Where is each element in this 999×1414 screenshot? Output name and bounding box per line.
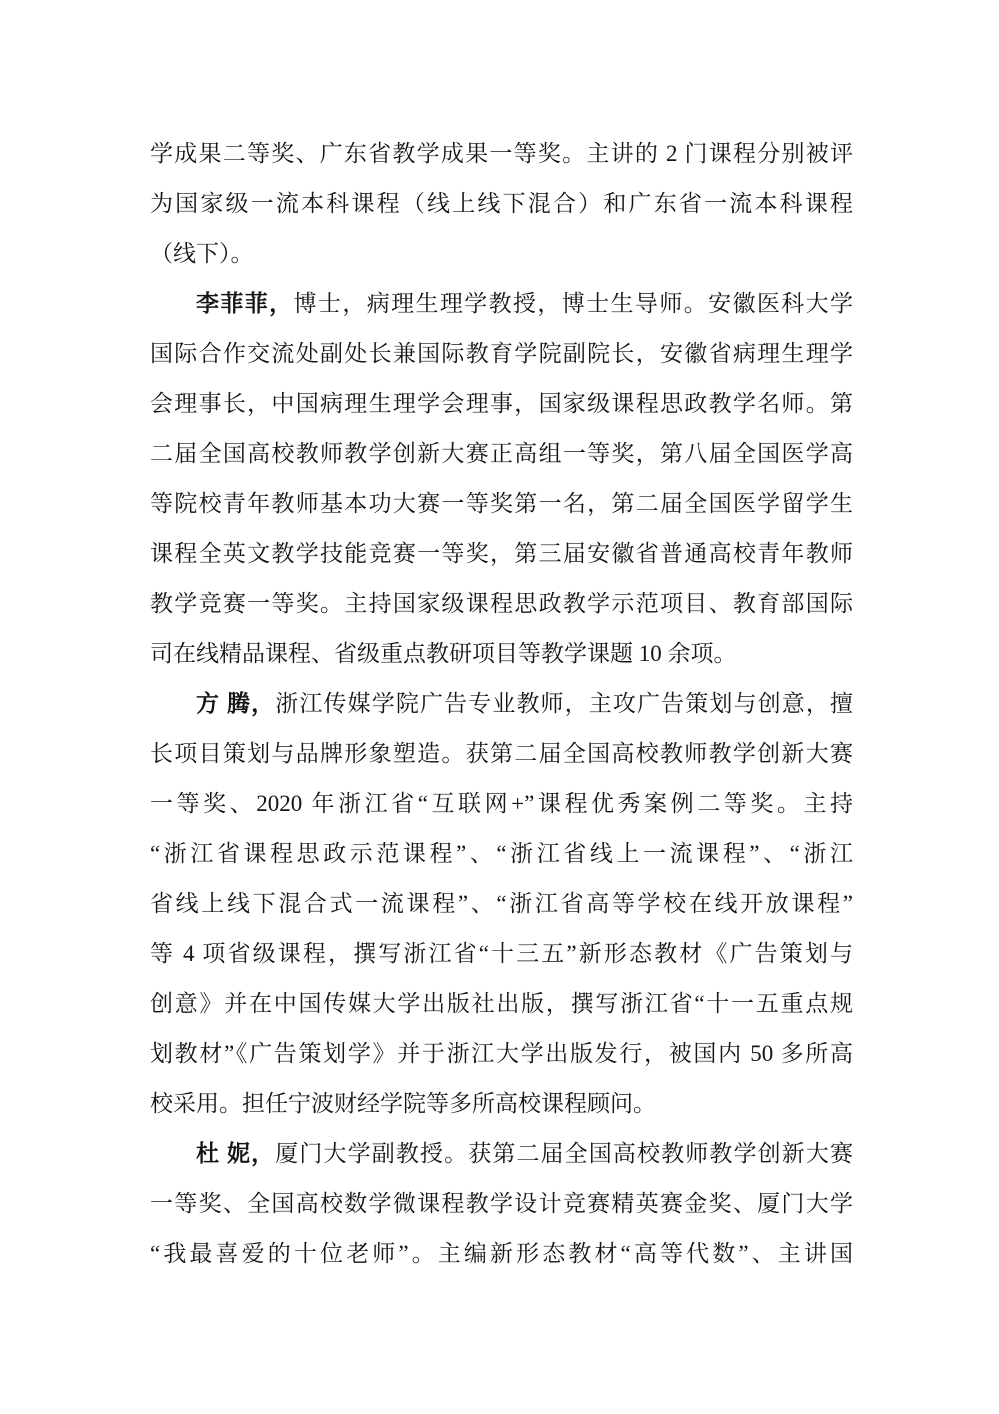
text-line: 为国家级一流本科课程（线上线下混合）和广东省一流本科课程 <box>150 179 853 229</box>
text-run: 厦门大学副教授。获第二届全国高校教师教学创新大赛 <box>275 1141 853 1166</box>
text-run: “我最喜爱的十位老师”。主编新形态教材“高等代数”、主讲国 <box>150 1241 853 1266</box>
text-line: “我最喜爱的十位老师”。主编新形态教材“高等代数”、主讲国 <box>150 1229 853 1279</box>
text-line: 一等奖、全国高校数学微课程教学设计竞赛精英赛金奖、厦门大学 <box>150 1179 853 1229</box>
text-line: 一等奖、2020 年浙江省“互联网+”课程优秀案例二等奖。主持 <box>150 779 853 829</box>
text-run: （线下）。 <box>150 241 254 266</box>
text-line: 杜 妮，厦门大学副教授。获第二届全国高校教师教学创新大赛 <box>150 1129 853 1179</box>
text-line: 等院校青年教师基本功大赛一等奖第一名，第二届全国医学留学生 <box>150 479 853 529</box>
text-run: 长项目策划与品牌形象塑造。获第二届全国高校教师教学创新大赛 <box>150 741 853 766</box>
text-line: 划教材”《广告策划学》并于浙江大学出版发行，被国内 50 多所高 <box>150 1029 853 1079</box>
person-name: 李菲菲， <box>196 291 294 316</box>
text-line: （线下）。 <box>150 229 853 279</box>
text-line: 会理事长，中国病理生理学会理事，国家级课程思政教学名师。第 <box>150 379 853 429</box>
text-line: 省线上线下混合式一流课程”、“浙江省高等学校在线开放课程” <box>150 879 853 929</box>
paragraph: 李菲菲，博士，病理生理学教授，博士生导师。安徽医科大学国际合作交流处副处长兼国际… <box>150 279 853 679</box>
text-line: 创意》并在中国传媒大学出版社出版，撰写浙江省“十一五重点规 <box>150 979 853 1029</box>
text-line: 课程全英文教学技能竞赛一等奖，第三届安徽省普通高校青年教师 <box>150 529 853 579</box>
text-run: 为国家级一流本科课程（线上线下混合）和广东省一流本科课程 <box>150 191 853 216</box>
text-line: 学成果二等奖、广东省教学成果一等奖。主讲的 2 门课程分别被评 <box>150 129 853 179</box>
text-run: 一等奖、2020 年浙江省“互联网+”课程优秀案例二等奖。主持 <box>150 791 853 816</box>
text-run: 划教材”《广告策划学》并于浙江大学出版发行，被国内 50 多所高 <box>150 1041 853 1066</box>
text-run: 二届全国高校教师教学创新大赛正高组一等奖，第八届全国医学高 <box>150 441 853 466</box>
text-run: 校采用。担任宁波财经学院等多所高校课程顾问。 <box>150 1091 656 1116</box>
text-run: 等院校青年教师基本功大赛一等奖第一名，第二届全国医学留学生 <box>150 491 853 516</box>
text-run: 国际合作交流处副处长兼国际教育学院副院长，安徽省病理生理学 <box>150 341 853 366</box>
text-run: 司在线精品课程、省级重点教研项目等教学课题 10 余项。 <box>150 641 737 666</box>
text-run: 一等奖、全国高校数学微课程教学设计竞赛精英赛金奖、厦门大学 <box>150 1191 853 1216</box>
text-line: 二届全国高校教师教学创新大赛正高组一等奖，第八届全国医学高 <box>150 429 853 479</box>
text-run: 浙江传媒学院广告专业教师，主攻广告策划与创意，擅 <box>275 691 853 716</box>
person-name: 方 腾， <box>196 691 275 716</box>
text-line: 方 腾，浙江传媒学院广告专业教师，主攻广告策划与创意，擅 <box>150 679 853 729</box>
text-run: 省线上线下混合式一流课程”、“浙江省高等学校在线开放课程” <box>150 891 853 916</box>
paragraph: 学成果二等奖、广东省教学成果一等奖。主讲的 2 门课程分别被评为国家级一流本科课… <box>150 129 853 279</box>
text-run: 教学竞赛一等奖。主持国家级课程思政教学示范项目、教育部国际 <box>150 591 853 616</box>
text-line: 教学竞赛一等奖。主持国家级课程思政教学示范项目、教育部国际 <box>150 579 853 629</box>
text-line: 等 4 项省级课程，撰写浙江省“十三五”新形态教材《广告策划与 <box>150 929 853 979</box>
text-run: “浙江省课程思政示范课程”、“浙江省线上一流课程”、“浙江 <box>150 841 853 866</box>
text-run: 会理事长，中国病理生理学会理事，国家级课程思政教学名师。第 <box>150 391 853 416</box>
text-run: 课程全英文教学技能竞赛一等奖，第三届安徽省普通高校青年教师 <box>150 541 853 566</box>
paragraph: 方 腾，浙江传媒学院广告专业教师，主攻广告策划与创意，擅长项目策划与品牌形象塑造… <box>150 679 853 1129</box>
text-line: 国际合作交流处副处长兼国际教育学院副院长，安徽省病理生理学 <box>150 329 853 379</box>
text-line: “浙江省课程思政示范课程”、“浙江省线上一流课程”、“浙江 <box>150 829 853 879</box>
paragraph: 杜 妮，厦门大学副教授。获第二届全国高校教师教学创新大赛一等奖、全国高校数学微课… <box>150 1129 853 1279</box>
text-run: 等 4 项省级课程，撰写浙江省“十三五”新形态教材《广告策划与 <box>150 941 853 966</box>
text-run: 博士，病理生理学教授，博士生导师。安徽医科大学 <box>294 291 853 316</box>
text-line: 校采用。担任宁波财经学院等多所高校课程顾问。 <box>150 1079 853 1129</box>
text-line: 李菲菲，博士，病理生理学教授，博士生导师。安徽医科大学 <box>150 279 853 329</box>
text-line: 长项目策划与品牌形象塑造。获第二届全国高校教师教学创新大赛 <box>150 729 853 779</box>
person-name: 杜 妮， <box>196 1141 275 1166</box>
text-line: 司在线精品课程、省级重点教研项目等教学课题 10 余项。 <box>150 629 853 679</box>
text-run: 学成果二等奖、广东省教学成果一等奖。主讲的 2 门课程分别被评 <box>150 141 853 166</box>
text-run: 创意》并在中国传媒大学出版社出版，撰写浙江省“十一五重点规 <box>150 991 853 1016</box>
text-block: 学成果二等奖、广东省教学成果一等奖。主讲的 2 门课程分别被评为国家级一流本科课… <box>150 129 853 1279</box>
document-page: 学成果二等奖、广东省教学成果一等奖。主讲的 2 门课程分别被评为国家级一流本科课… <box>0 0 999 1414</box>
